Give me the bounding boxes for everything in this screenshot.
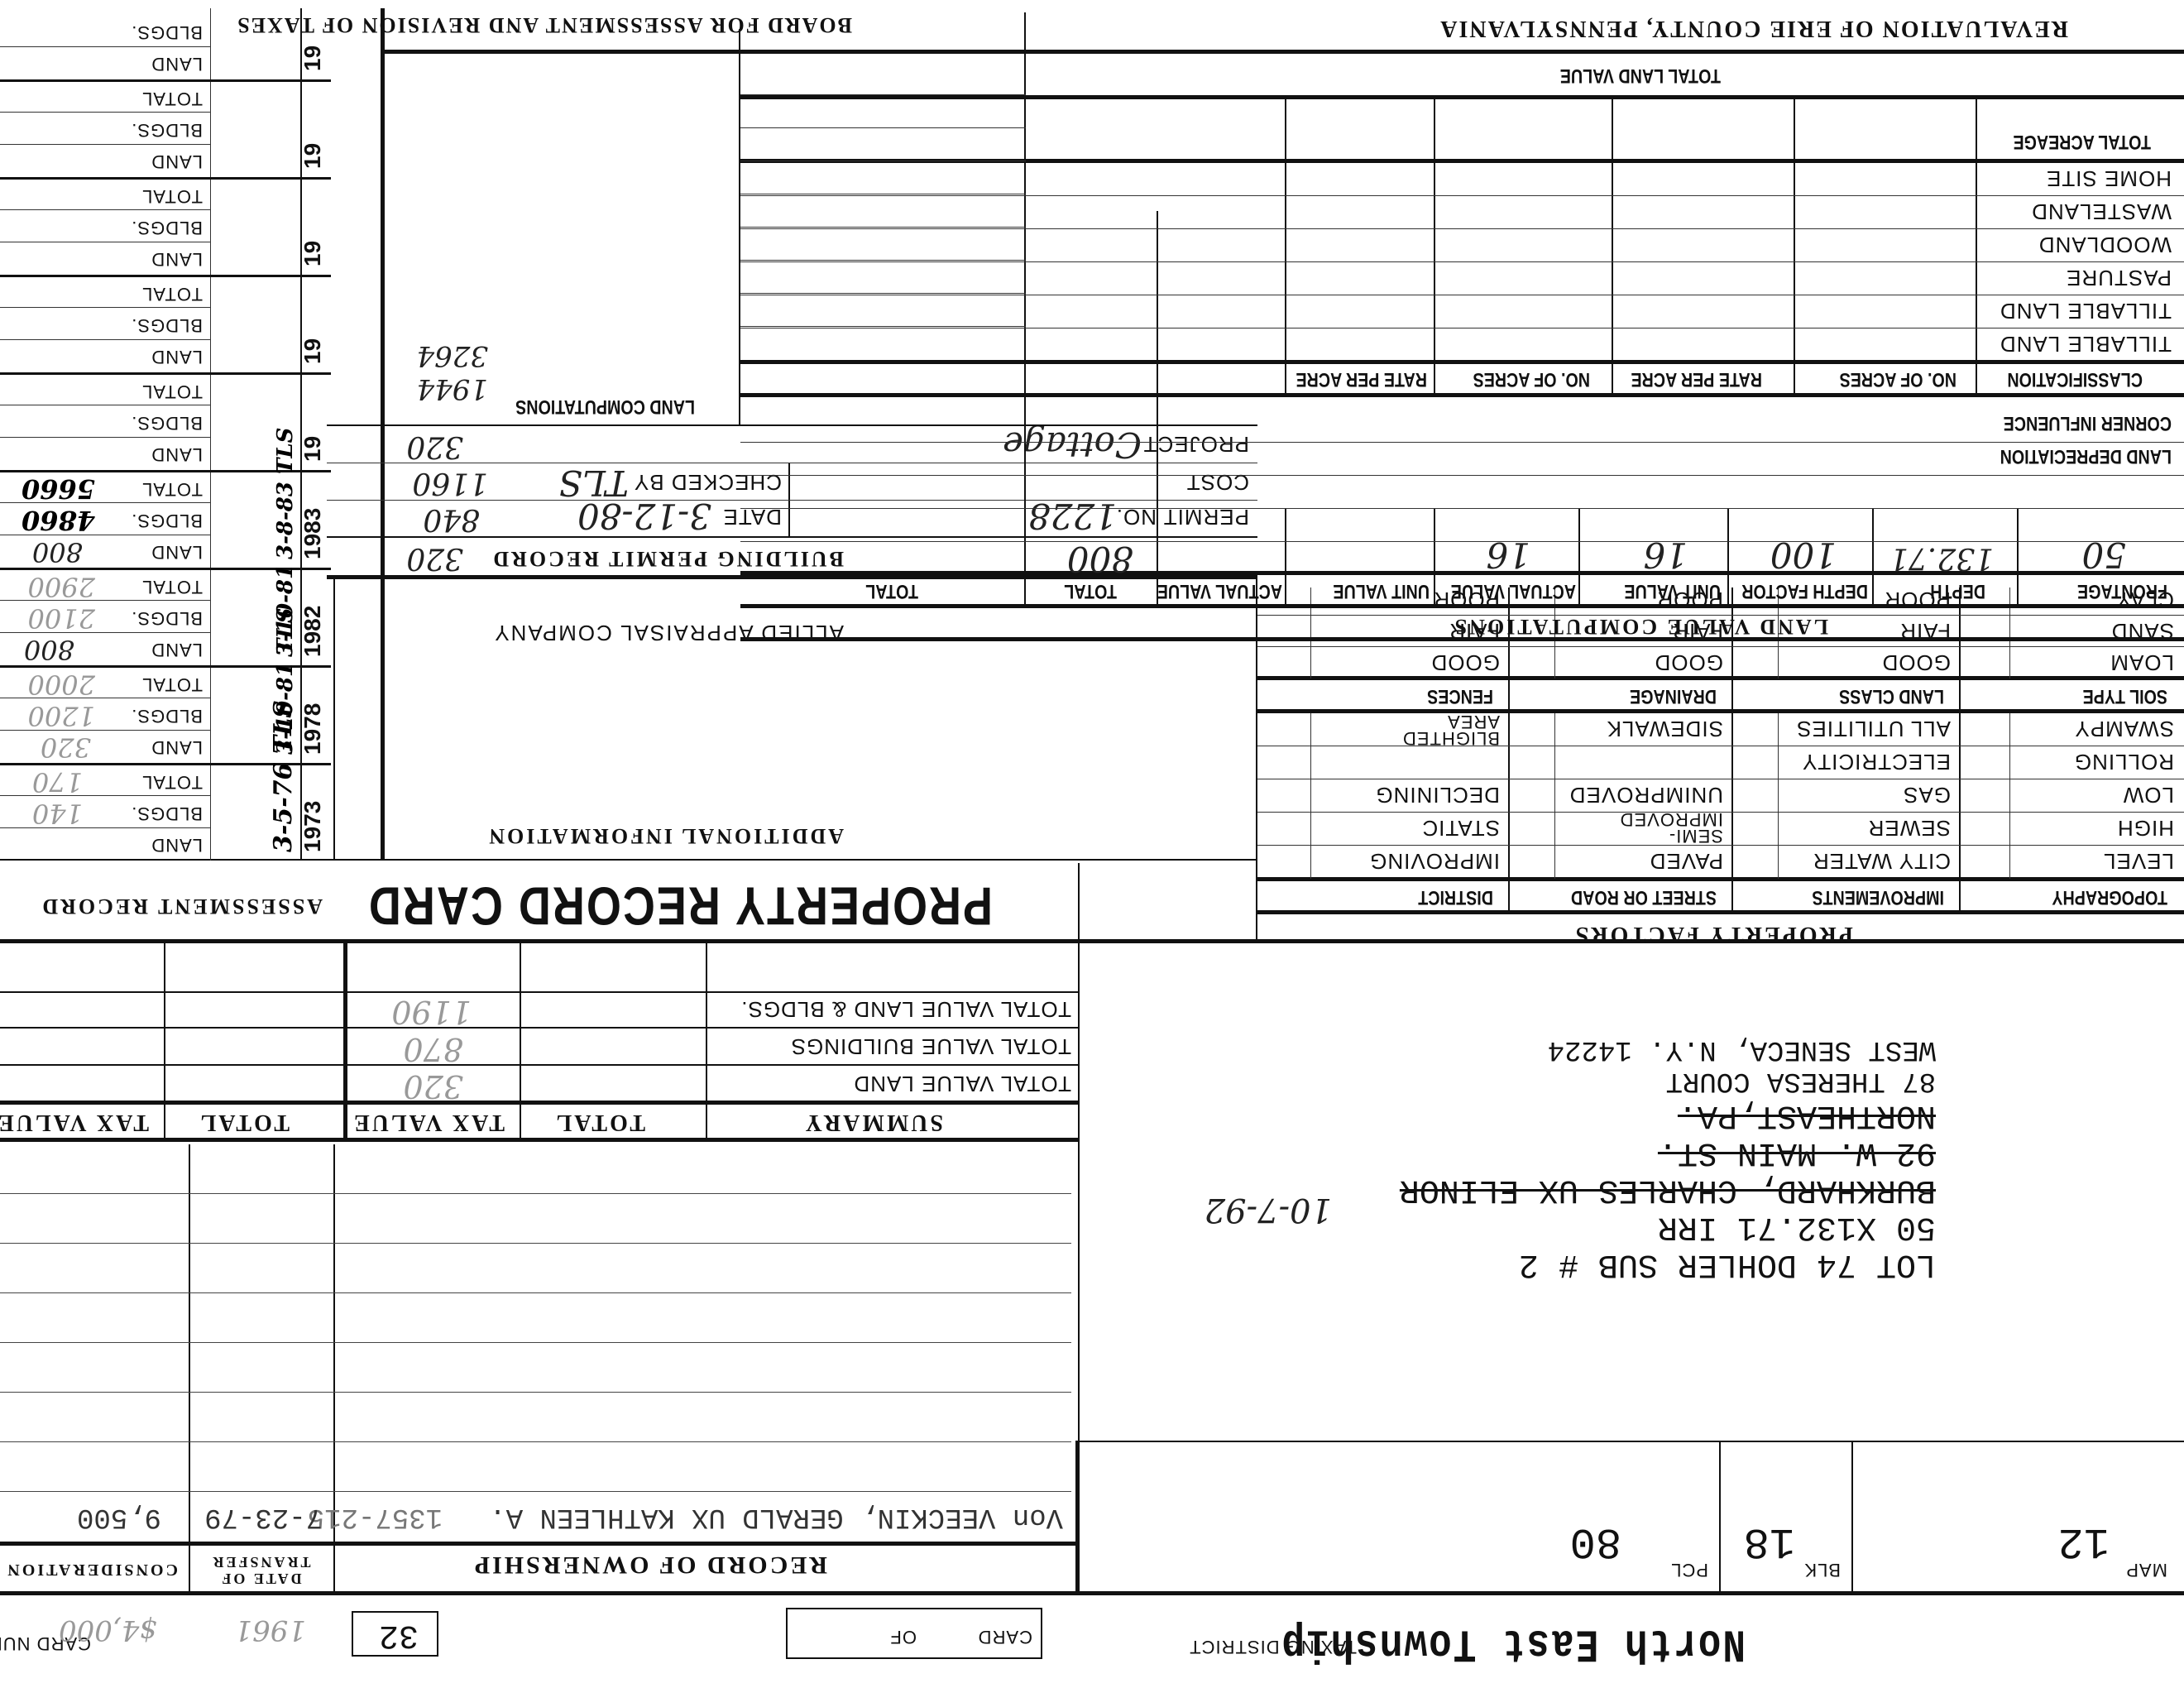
summary-row-label: TOTAL VALUE LAND & BLDGS. xyxy=(740,996,1071,1022)
taxing-district-value: North East Township xyxy=(1281,1618,1746,1669)
divider xyxy=(740,161,1026,161)
ownership-row[interactable] xyxy=(0,1144,1071,1193)
lvc-header: FRONTAGE xyxy=(2077,579,2167,602)
ownership-header-consideration: $4,000 xyxy=(59,1614,157,1647)
divider xyxy=(520,943,521,1142)
factor-header: IMPROVEMENTS xyxy=(1812,885,1944,909)
assessment-year: 19 xyxy=(299,436,326,462)
permit-side-value: 320 xyxy=(406,541,463,575)
assessment-label-land: LAND xyxy=(151,248,203,270)
divider xyxy=(0,242,211,242)
assessment-block[interactable]: 19 LAND BLDGS. TOTAL xyxy=(0,372,331,470)
assessment-label-total: TOTAL xyxy=(141,771,203,793)
acreage-header: RATE PER ACRE xyxy=(1631,367,1762,391)
total-acreage-label: TOTAL ACREAGE xyxy=(2013,130,2151,153)
factor-option[interactable]: GOOD xyxy=(1655,650,1723,675)
assessment-label-land: LAND xyxy=(151,541,203,563)
assessment-label-total: TOTAL xyxy=(141,185,203,207)
total-land-value-label: TOTAL LAND VALUE xyxy=(1560,64,1721,87)
ownership-row[interactable] xyxy=(0,1292,1071,1342)
divider xyxy=(1257,709,2184,713)
summary-row-label: TOTAL VALUE BUILDINGS xyxy=(791,1033,1071,1059)
acreage-row-label: TILLABLE LAND xyxy=(2000,298,2172,324)
assessment-label-land: LAND xyxy=(151,151,203,172)
acreage-row-label: WOODLAND xyxy=(2038,232,2172,257)
land-depreciation-label: LAND DEPRECIATION xyxy=(2000,444,2172,468)
permit-side-value: 840 xyxy=(423,502,480,536)
handwritten-date-note: 10-7-92 xyxy=(1205,1191,1332,1229)
acreage-row-label: WASTELAND xyxy=(2031,199,2172,224)
assessment-block[interactable]: 19 LAND BLDGS. TOTAL xyxy=(0,79,331,177)
divider xyxy=(164,943,165,1142)
divider xyxy=(740,475,1026,476)
assessment-note: 3-10-81 xyxy=(273,564,298,657)
lvc-header: ACTUAL VALUE xyxy=(1451,579,1576,602)
assessment-year: 19 xyxy=(299,46,326,71)
lvc-header: ACTUAL VALUE xyxy=(1157,579,1282,602)
deed-ref: 1357-215 xyxy=(308,1501,443,1532)
pcl-label: PCL xyxy=(1670,1559,1708,1580)
description-line-struck: 92 W. MAIN ST. xyxy=(1109,1134,1936,1171)
divider xyxy=(706,943,707,1142)
assessment-label-bldgs: BLDGS. xyxy=(131,412,203,434)
summary-row-label: TOTAL VALUE LAND xyxy=(853,1071,1071,1096)
card-of-box[interactable]: CARD OF xyxy=(786,1608,1042,1659)
assessment-total-value: 2000 xyxy=(28,669,95,700)
assessment-label-bldgs: BLDGS. xyxy=(131,22,203,43)
factor-option[interactable]: LOAM xyxy=(2110,650,2174,675)
ownership-row[interactable] xyxy=(0,1243,1071,1292)
factor-option[interactable]: LEVEL xyxy=(2103,848,2174,874)
factor-option[interactable]: ROLLING xyxy=(2074,749,2174,774)
district-code: 32 xyxy=(379,1616,419,1653)
divider xyxy=(1078,863,1080,1442)
summary-total-header-2: TOTAL xyxy=(199,1109,290,1135)
assessment-label-bldgs: BLDGS. xyxy=(131,314,203,336)
divider xyxy=(1578,509,1580,608)
assessment-block: 1978 LAND BLDGS. TOTAL 320 1200 2000 3-1… xyxy=(0,665,331,763)
assessment-label-total: TOTAL xyxy=(141,674,203,695)
assessment-label-total: TOTAL xyxy=(141,576,203,597)
lvc-header: UNIT VALUE xyxy=(1624,579,1721,602)
owner-name: Von VEECKIN, GERALD UX KATHLEEN A. xyxy=(489,1501,1063,1532)
ownership-row: Von VEECKIN, GERALD UX KATHLEEN A. 1357-… xyxy=(0,1491,1071,1541)
factor-option[interactable]: SEWER xyxy=(1868,815,1951,841)
permit-side-value: 1160 xyxy=(412,466,488,500)
assessment-label-total: TOTAL xyxy=(141,283,203,305)
divider xyxy=(0,437,211,438)
checked-by-value: TLS xyxy=(558,463,629,503)
factor-header: LAND CLASS xyxy=(1839,684,1944,707)
divider xyxy=(0,1027,1080,1029)
blk-value: 18 xyxy=(1744,1517,1795,1566)
assessment-total-value: 5660 xyxy=(22,473,95,505)
factor-option[interactable]: STATIC xyxy=(1421,815,1500,841)
assessment-block[interactable]: 19 LAND BLDGS. TOTAL xyxy=(0,177,331,275)
assessment-label-land: LAND xyxy=(151,444,203,465)
assessment-label-bldgs: BLDGS. xyxy=(131,803,203,824)
ownership-row[interactable] xyxy=(0,1342,1071,1392)
lvc-header: TOTAL xyxy=(865,579,918,602)
divider xyxy=(1778,713,1779,879)
consideration: 9,500 xyxy=(77,1501,161,1532)
transfer-date: 7-23-79 xyxy=(204,1501,323,1532)
divider xyxy=(0,991,1080,993)
assessment-year: 19 xyxy=(299,241,326,266)
divider xyxy=(2017,509,2019,608)
divider xyxy=(1727,509,1729,608)
divider xyxy=(1257,779,2184,779)
divider xyxy=(1554,713,1555,879)
map-value: 12 xyxy=(2058,1517,2110,1566)
divider xyxy=(0,405,211,405)
assessment-block[interactable]: 19 LAND BLDGS. TOTAL xyxy=(0,275,331,372)
lvc-header: DEPTH FACTOR xyxy=(1741,579,1868,602)
permit-side-value: 320 xyxy=(406,429,463,463)
acreage-header: NO. OF ACRES xyxy=(1840,367,1956,391)
divider xyxy=(0,1101,1080,1105)
divider xyxy=(1257,910,2184,914)
land-value-computations-title: LAND VALUE COMPUTATIONS xyxy=(1453,614,1828,639)
divider xyxy=(740,94,1026,95)
assessment-label-total: TOTAL xyxy=(141,381,203,402)
factor-option[interactable]: GAS xyxy=(1903,782,1951,808)
divider xyxy=(740,227,1026,228)
land-computations-title: LAND COMPUTATIONS xyxy=(515,395,695,418)
description-line-struck: NORTHEAST,PA. xyxy=(1109,1096,1936,1134)
land-computation-entry: 1944 xyxy=(416,372,488,405)
assessment-label-total: TOTAL xyxy=(141,478,203,500)
header-board: BOARD FOR ASSESSMENT AND REVISION OF TAX… xyxy=(236,12,852,37)
factor-option[interactable]: IMPROVING xyxy=(1369,848,1500,874)
lvc-header: UNIT VALUE xyxy=(1333,579,1430,602)
factor-header: TOPOGRAPHY xyxy=(2052,885,2167,909)
divider xyxy=(333,579,335,861)
assessment-block: 1982 LAND BLDGS. TOTAL 800 2100 2900 3-1… xyxy=(0,568,331,665)
blk-label: BLK xyxy=(1803,1559,1841,1580)
additional-info-title: ADDITIONAL INFORMATION xyxy=(486,823,844,848)
property-description: LOT 74 DOHLER SUB # 2 50 X132.71 IRR BUR… xyxy=(1109,1033,1936,1283)
description-line: WEST SENECA, N.Y. 14224 xyxy=(1109,1033,1936,1065)
divider xyxy=(0,939,2184,943)
assessment-year: 19 xyxy=(299,143,326,169)
project-label: PROJECT xyxy=(1143,431,1249,457)
divider xyxy=(1310,587,1311,679)
acreage-row-label: TILLABLE LAND xyxy=(2000,331,2172,357)
factor-option[interactable]: CITY WATER xyxy=(1813,848,1951,874)
ownership-rows: Von VEECKIN, GERALD UX KATHLEEN A. 1357-… xyxy=(0,1144,1071,1541)
divider xyxy=(1075,1442,1080,1595)
ownership-title: RECORD OF OWNERSHIP xyxy=(472,1551,827,1579)
divider xyxy=(0,144,211,145)
factor-option[interactable]: DECLINING xyxy=(1375,782,1500,808)
assessment-year: 1983 xyxy=(299,508,326,559)
divider xyxy=(0,112,211,113)
summary-tax-buildings: 870 xyxy=(403,1031,463,1067)
acreage-header: CLASSIFICATION xyxy=(2007,367,2143,391)
divider xyxy=(1257,646,2184,647)
divider xyxy=(740,442,1026,443)
appraisal-company: ALLIED APPRAISAL COMPANY xyxy=(493,620,844,645)
assessment-label-land: LAND xyxy=(151,53,203,74)
divider xyxy=(2009,713,2010,879)
permit-no-value: 1228 xyxy=(1028,496,1117,536)
consideration-header: CONSIDERATION xyxy=(5,1560,178,1579)
land-computation-entry: 3264 xyxy=(416,339,488,372)
total-value: 800 xyxy=(1067,539,1133,579)
assessment-land-value: 800 xyxy=(24,634,74,665)
assessment-total-value: 2900 xyxy=(28,571,95,602)
assessment-label-bldgs: BLDGS. xyxy=(131,119,203,141)
divider xyxy=(0,46,211,47)
assessment-label-land: LAND xyxy=(151,834,203,856)
factor-option[interactable]: ALL UTILITIES xyxy=(1796,716,1951,741)
factor-option[interactable]: UNIMPROVED xyxy=(1569,782,1723,808)
assessment-year: 19 xyxy=(299,338,326,364)
divider xyxy=(740,293,1026,294)
assessment-label-bldgs: BLDGS. xyxy=(131,510,203,531)
cost-label: COST xyxy=(1186,469,1249,495)
acreage-header: RATE PER ACRE xyxy=(1296,367,1427,391)
assessment-record-title: ASSESSMENT RECORD xyxy=(40,894,323,918)
property-factors-title: PROPERTY FACTORS xyxy=(1573,921,1853,947)
divider xyxy=(1434,509,1435,608)
summary-tax-header: TAX VALUE xyxy=(352,1109,505,1135)
depth-value: 132.71 xyxy=(1889,541,1994,575)
factor-grid-1: LEVEL CITY WATER PAVED IMPROVING HIGH SE… xyxy=(1257,713,2184,879)
divider xyxy=(0,209,211,210)
divider xyxy=(1082,1594,1084,1595)
factor-header: FENCES xyxy=(1427,684,1493,707)
summary-total-header: TOTAL xyxy=(554,1109,645,1135)
factor-option[interactable]: SWAMPY xyxy=(2074,716,2174,741)
factor-option[interactable]: SEMI-IMPROVED xyxy=(1607,811,1723,844)
card-title: PROPERTY RECORD CARD xyxy=(367,875,993,936)
assessment-bldgs-value: 1200 xyxy=(28,700,95,731)
assessment-label-land: LAND xyxy=(151,639,203,660)
divider xyxy=(1851,1442,1853,1595)
assessment-bldgs-value: 2100 xyxy=(28,602,95,634)
divider xyxy=(1310,713,1311,879)
assessment-year: 1978 xyxy=(299,703,326,755)
divider xyxy=(740,127,1026,128)
summary-tax-header-2: TAX VALUE xyxy=(0,1109,149,1135)
assessment-label-total: TOTAL xyxy=(141,88,203,109)
divider xyxy=(740,604,2184,608)
lvc-header: DEPTH xyxy=(1930,579,1985,602)
divider xyxy=(1719,1442,1721,1595)
assessment-bldgs-value: 140 xyxy=(32,798,83,829)
factor-option[interactable]: SIDEWALK xyxy=(1607,716,1723,741)
divider xyxy=(2009,587,2010,679)
land-total-column-rows xyxy=(740,54,1026,575)
assessment-label-bldgs: BLDGS. xyxy=(131,217,203,238)
factor-header: SOIL TYPE xyxy=(2083,684,2167,707)
ownership-row[interactable] xyxy=(0,1392,1071,1441)
factor-option[interactable]: GOOD xyxy=(1882,650,1951,675)
summary-tax-land: 320 xyxy=(403,1068,463,1105)
header-revaluation: REVALUATION OF ERIE COUNTY, PENNSYLVANIA xyxy=(1439,15,2068,41)
divider xyxy=(385,50,2184,54)
assessment-bldgs-value: 4860 xyxy=(22,505,95,536)
acreage-row-label: HOME SITE xyxy=(2046,165,2172,191)
factor-option[interactable]: HIGH xyxy=(2117,815,2174,841)
ownership-row[interactable] xyxy=(0,1193,1071,1243)
map-label: MAP xyxy=(2125,1559,2167,1580)
divider xyxy=(740,260,1026,261)
divider xyxy=(740,326,1026,327)
divider xyxy=(1285,509,1286,608)
description-line: 87 THERESA COURT xyxy=(1109,1065,1936,1096)
divider xyxy=(343,943,347,1142)
property-record-card: CARD NUMBER CARD OF TAXING DISTRICT Nort… xyxy=(0,0,2184,1688)
ownership-row[interactable] xyxy=(0,1441,1071,1491)
assessment-label-bldgs: BLDGS. xyxy=(131,607,203,629)
divider xyxy=(0,1542,1080,1546)
divider xyxy=(0,339,211,340)
date-of-transfer-header: DATE OF TRANSFER xyxy=(199,1554,323,1587)
divider xyxy=(0,1064,1080,1066)
assessment-year: 1973 xyxy=(299,801,326,852)
factor-option[interactable]: BLIGHTED AREA xyxy=(1367,713,1500,746)
assessment-block: 1983 LAND BLDGS. TOTAL 800 4860 5660 3-8… xyxy=(0,470,331,568)
corner-influence-label: CORNER INFLUENCE xyxy=(2004,411,2172,434)
factor-header: DRAINAGE xyxy=(1630,684,1717,707)
factor-option[interactable]: ELECTRICITY xyxy=(1802,749,1951,774)
divider xyxy=(1872,509,1874,608)
factor-option[interactable]: PAVED xyxy=(1650,848,1723,874)
divider xyxy=(0,1591,2184,1595)
assessment-total-value: 170 xyxy=(32,766,83,798)
divider xyxy=(0,307,211,308)
factor-option[interactable]: LOW xyxy=(2123,782,2174,808)
assessment-label-land: LAND xyxy=(151,346,203,367)
factor-header: DISTRICT xyxy=(1418,885,1493,909)
summary-tax-total: 1190 xyxy=(391,994,472,1030)
assessment-land-value: 800 xyxy=(32,536,83,568)
assessment-grid: 1973 LAND BLDGS. TOTAL 140 170 3-5-76 TL… xyxy=(0,8,331,861)
pcl-value: 80 xyxy=(1570,1517,1621,1566)
assessment-label-bldgs: BLDGS. xyxy=(131,705,203,727)
assessment-block: 1973 LAND BLDGS. TOTAL 140 170 3-5-76 TL… xyxy=(0,763,331,861)
factor-header: STREET OR ROAD xyxy=(1571,885,1717,909)
description-line: LOT 74 DOHLER SUB # 2 xyxy=(1109,1245,1936,1283)
ownership-header-date: 1961 xyxy=(234,1614,306,1647)
factor-option[interactable]: GOOD xyxy=(1431,650,1500,675)
assessment-land-value: 320 xyxy=(41,731,91,763)
card-label: CARD xyxy=(978,1626,1032,1647)
divider xyxy=(0,1138,1080,1142)
lvc-header: TOTAL xyxy=(1064,579,1117,602)
divider xyxy=(381,8,385,861)
assessment-year: 1982 xyxy=(299,606,326,657)
summary-title: SUMMARY xyxy=(803,1109,943,1135)
divider xyxy=(740,194,1026,194)
acreage-row-label: PASTURE xyxy=(2066,265,2172,290)
district-code-box: 32 xyxy=(352,1611,438,1657)
acreage-header: NO. OF ACRES xyxy=(1473,367,1590,391)
of-label: OF xyxy=(889,1626,917,1647)
divider xyxy=(1075,1441,2184,1442)
assessment-label-land: LAND xyxy=(151,736,203,758)
